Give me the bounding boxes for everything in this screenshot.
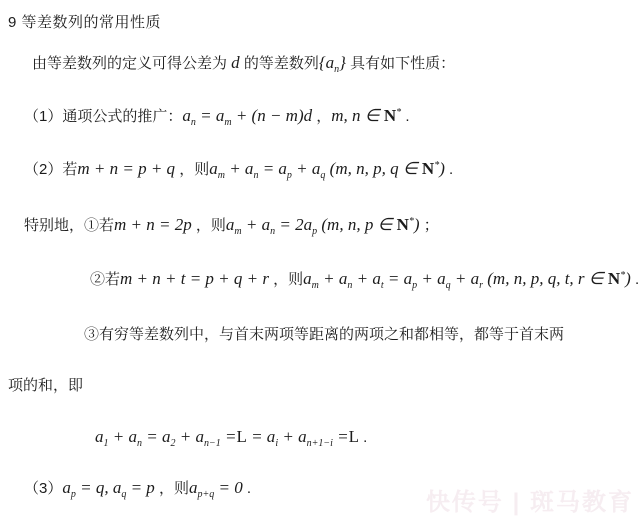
text-segment: ，则 [175, 161, 209, 178]
text-segment: ，则 [155, 480, 189, 497]
property-2-line: （2）若m + n = p + q ，则am + an = ap + aq (m… [24, 156, 453, 183]
text-segment: ， [312, 108, 331, 125]
text-segment: . [243, 480, 251, 497]
intro-line: 由等差数列的定义可得公差为 d 的等差数列{an} 具有如下性质： [32, 50, 455, 77]
text-segment: ，则 [269, 271, 303, 288]
text-segment: 由等差数列的定义可得公差为 [32, 55, 231, 72]
special-case-3-line: ③有穷等差数列中，与首末两项等距离的两项之和都相等，都等于首末两 [84, 322, 564, 348]
math-segment: an = am + (n − m)d [182, 106, 312, 125]
math-segment: m, n ∈ N* [331, 106, 401, 125]
math-segment: m + n = 2p [114, 215, 192, 234]
math-segment: m + n = p + q [77, 159, 175, 178]
special-case-2-line: ②若m + n + t = p + q + r ，则am + an + at =… [90, 266, 639, 293]
math-segment: am + an = 2ap (m, n, p ∈ N*) [226, 215, 420, 234]
document: 9 等差数列的常用性质 由等差数列的定义可得公差为 d 的等差数列{an} 具有… [0, 0, 640, 519]
text-segment: ②若 [90, 271, 120, 288]
text-segment: 9 等差数列的常用性质 [8, 14, 161, 31]
text-segment: 的等差数列 [240, 55, 319, 72]
math-segment: am + an = ap + aq (m, n, p, q ∈ N*) [209, 159, 445, 178]
doc-title: 9 等差数列的常用性质 [8, 10, 161, 36]
text-segment: . [631, 271, 639, 288]
watermark: 快传号 | 斑马教育 [426, 482, 634, 517]
math-segment: ap+q = 0 [189, 478, 243, 497]
math-segment: am + an + at = ap + aq + ar (m, n, p, q,… [303, 269, 631, 288]
text-segment: （3） [24, 480, 62, 497]
text-segment: （2）若 [24, 161, 77, 178]
sum-formula-line: a1 + an = a2 + an−1 =L = ai + an+1−i =L … [95, 424, 367, 451]
math-segment: a1 + an = a2 + an−1 =L = ai + an+1−i =L [95, 427, 359, 446]
text-segment: ，则 [192, 217, 226, 234]
text-segment: ； [420, 217, 439, 234]
text-segment: 特别地，①若 [24, 217, 114, 234]
math-segment: {an} [319, 53, 346, 72]
special-case-1-line: 特别地，①若m + n = 2p ，则am + an = 2ap (m, n, … [24, 212, 439, 239]
property-1-line: （1）通项公式的推广：an = am + (n − m)d ，m, n ∈ N*… [24, 103, 410, 130]
text-segment: . [401, 108, 409, 125]
text-segment: 具有如下性质： [346, 55, 455, 72]
math-segment: m + n + t = p + q + r [120, 269, 269, 288]
math-segment: d [231, 53, 240, 72]
text-segment: （1）通项公式的推广： [24, 108, 182, 125]
text-segment: . [445, 161, 453, 178]
text-segment: 项的和，即 [8, 377, 83, 394]
special-case-3-continued: 项的和，即 [8, 373, 83, 399]
text-segment: . [359, 429, 367, 446]
math-segment: ap = q, aq = p [62, 478, 154, 497]
property-3-line: （3）ap = q, aq = p ，则ap+q = 0 . [24, 475, 251, 502]
text-segment: ③有穷等差数列中，与首末两项等距离的两项之和都相等，都等于首末两 [84, 326, 564, 343]
